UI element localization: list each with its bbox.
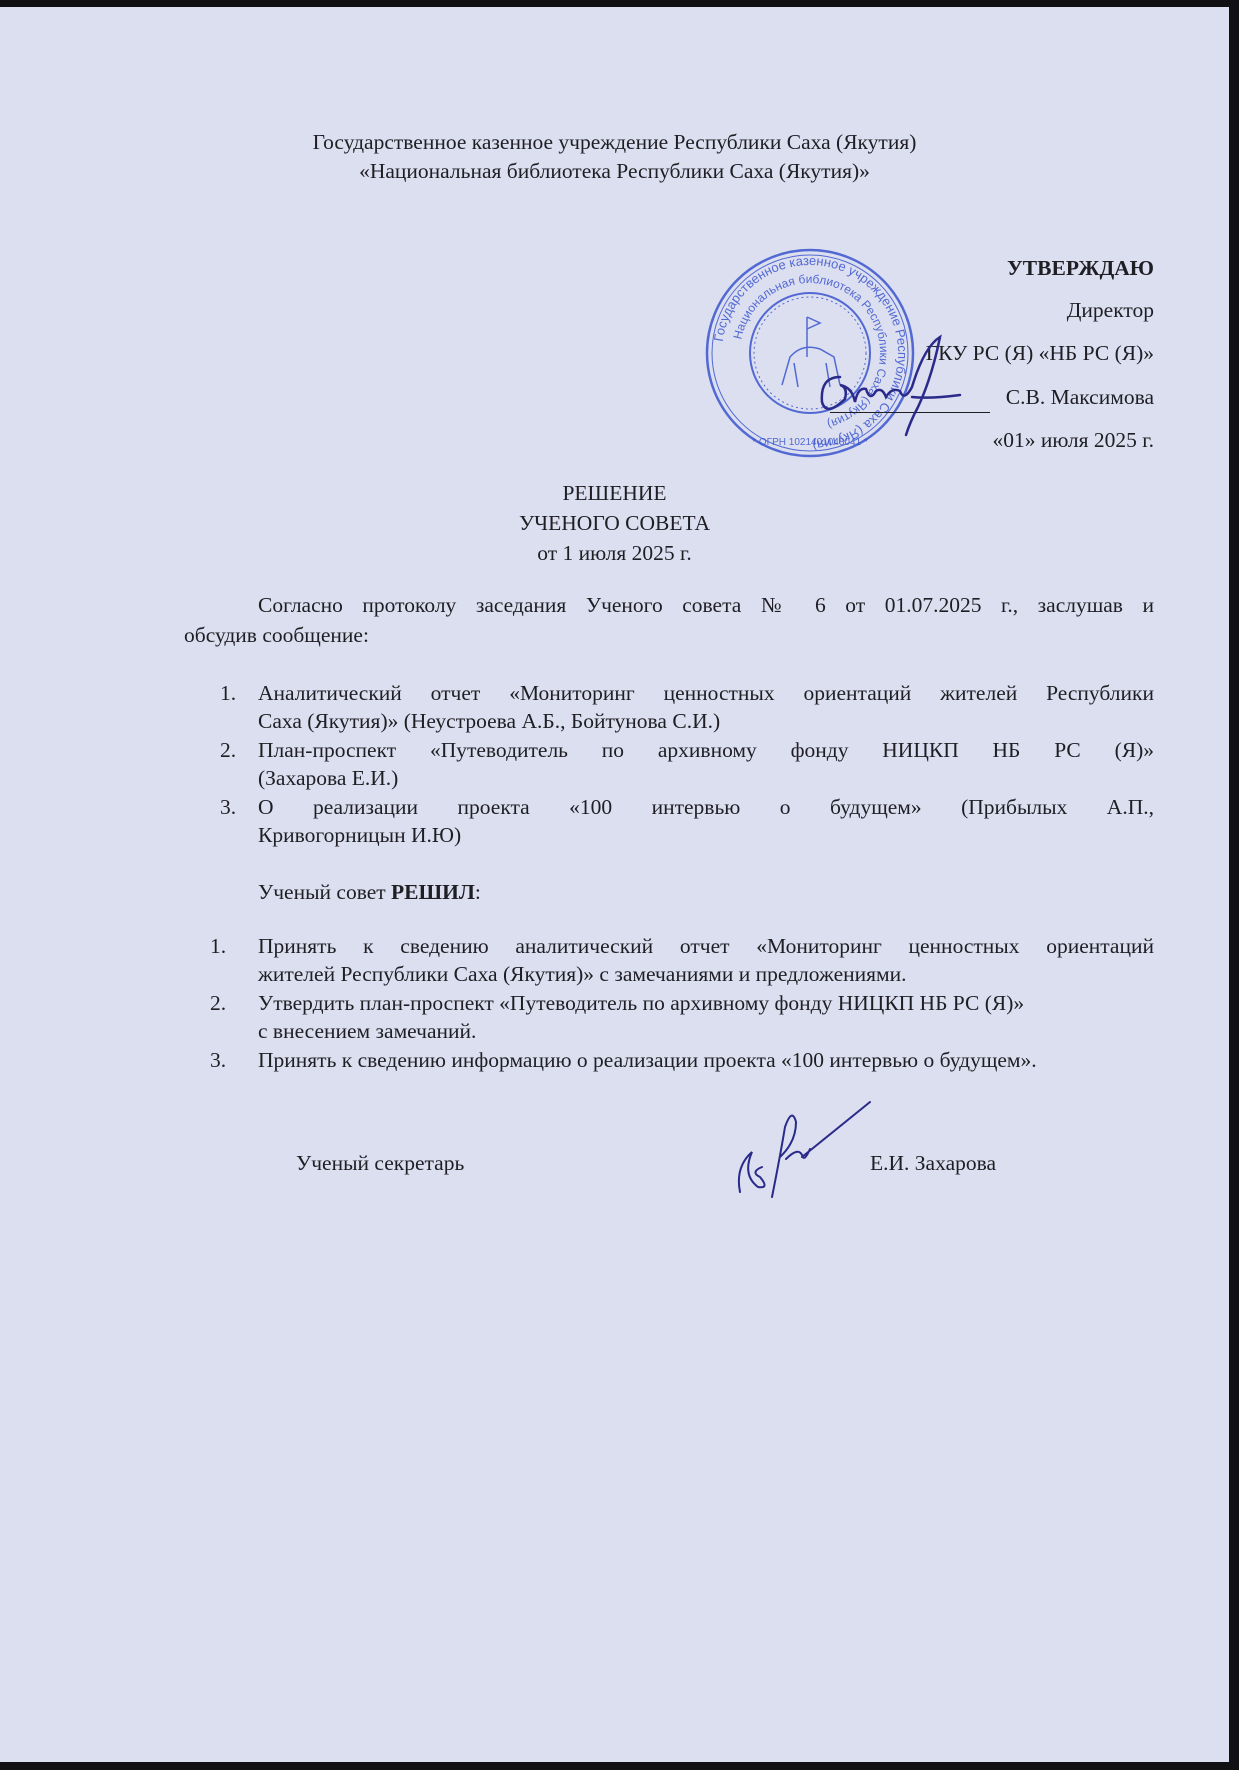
director-signature-icon [800,327,980,437]
decision-date: от 1 июля 2025 г. [0,540,1229,566]
intro-line-2: обсудив сообщение: [184,622,369,648]
decision-number: 3. [210,1047,226,1073]
decision-item-3-line-1: Принять к сведению информацию о реализац… [258,1047,1037,1073]
agenda-item-1-line-2: Саха (Якутия)» (Неустроева А.Б., Бойтуно… [258,708,720,734]
approval-title: УТВЕРЖДАЮ [1007,255,1154,281]
approval-position: Директор [1067,297,1154,323]
decision-number: 2. [210,990,226,1016]
footer-name: Е.И. Захарова [870,1150,996,1176]
agenda-item-1-line-1: Аналитический отчет «Мониторинг ценностн… [258,680,1154,706]
agenda-item-2-line-2: (Захарова Е.И.) [258,765,398,791]
secretary-signature-icon [730,1097,880,1207]
approval-signatory: С.В. Максимова [1006,384,1154,410]
approval-date: «01» июля 2025 г. [992,427,1154,453]
intro-line-1: Согласно протоколу заседания Ученого сов… [258,592,1154,618]
decision-intro-bold: РЕШИЛ [391,880,475,904]
decision-title-line-2: УЧЕНОГО СОВЕТА [0,510,1229,536]
document-page: Государственное казенное учреждение Респ… [0,7,1229,1762]
header-line-2: «Национальная библиотека Республики Саха… [0,158,1229,184]
decision-item-2-line-1: Утвердить план-проспект «Путеводитель по… [258,990,1024,1016]
svg-text:* ОГРН 1021401048041 *: * ОГРН 1021401048041 * [752,437,868,448]
decision-title-line-1: РЕШЕНИЕ [0,480,1229,506]
agenda-item-2-line-1: План-проспект «Путеводитель по архивному… [258,737,1154,763]
footer-position: Ученый секретарь [296,1150,464,1176]
decision-item-1-line-2: жителей Республики Саха (Якутия)» с заме… [258,961,907,987]
agenda-number: 1. [220,680,236,706]
agenda-item-3-line-2: Кривогорницын И.Ю) [258,822,461,848]
agenda-number: 2. [220,737,236,763]
decision-intro-prefix: Ученый совет [258,880,391,904]
decision-item-1-line-1: Принять к сведению аналитический отчет «… [258,933,1154,959]
decision-intro: Ученый совет РЕШИЛ: [258,879,481,905]
agenda-item-3-line-1: О реализации проекта «100 интервью о буд… [258,794,1154,820]
decision-item-2-line-2: с внесением замечаний. [258,1018,476,1044]
agenda-number: 3. [220,794,236,820]
decision-number: 1. [210,933,226,959]
header-line-1: Государственное казенное учреждение Респ… [0,129,1229,155]
decision-intro-suffix: : [475,880,481,904]
